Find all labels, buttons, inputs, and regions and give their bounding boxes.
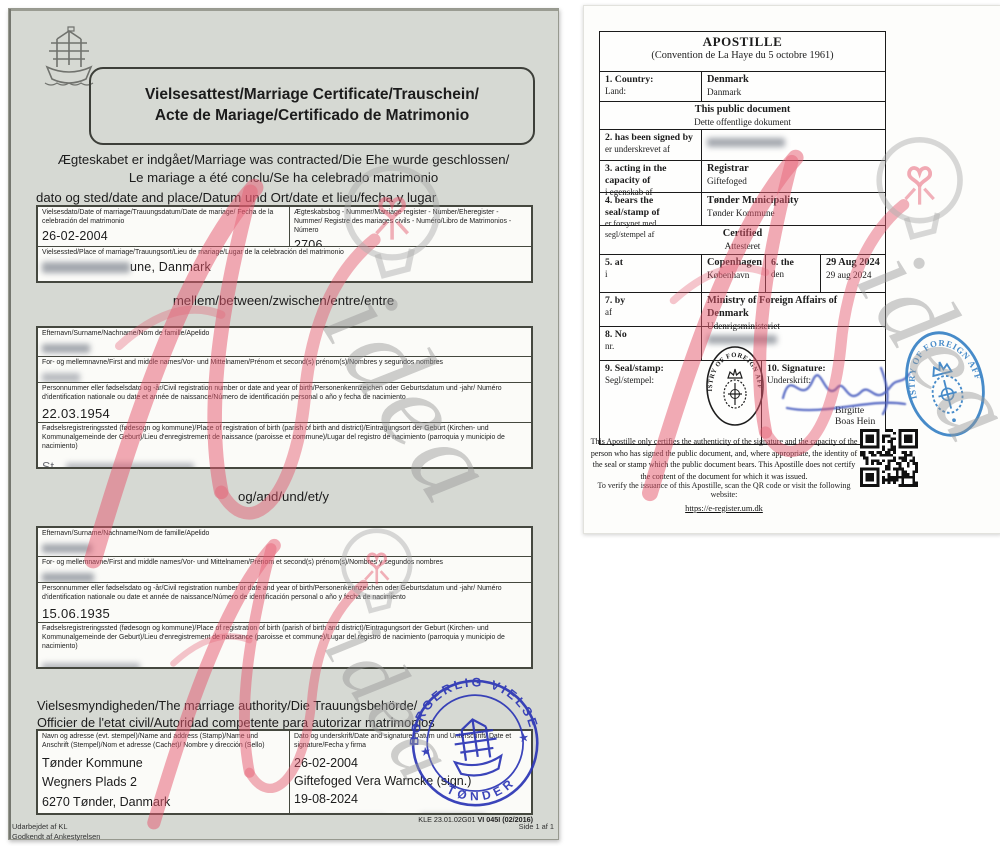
seal-ring-text: MINISTRY OF FOREIGN AFFAIRS [704,344,763,391]
royal-crest-icon [925,358,968,425]
authority-name-field: Navn og adresse (evt. stempel)/Name and … [38,731,290,813]
certificate-subtitle: Ægteskabet er indgået/Marriage was contr… [9,151,558,188]
redacted-value [42,663,140,667]
redacted-value [42,573,94,582]
person2-birthplace-value [42,660,527,667]
redacted-value [707,138,785,147]
qr-code [860,429,918,487]
person2-birthdate-value: 15.06.1935 [42,606,527,621]
marriage-certificate-page: Vielsesattest/Marriage Certificate/Traus… [8,8,559,840]
register-number-field: Ægteskabsbog - Nummer/Marriage register … [290,207,531,246]
verify-link[interactable]: https://e-register.um.dk [685,504,763,513]
page-number: Side 1 af 1 [519,822,554,832]
person2-table: Efternavn/Surname/Nachname/Nom de famill… [36,526,533,669]
at-value: Copenhagen København [702,255,766,292]
section-date-place-label: dato og sted/date and place/Datum und Or… [36,190,436,205]
certificate-title-line1: Vielsesattest/Marriage Certificate/Traus… [91,85,533,106]
marriage-date-value: 26-02-2004 [42,229,285,243]
footer-left: Udarbejdet af KL Godkendt af Ankestyrels… [12,822,100,843]
person1-birthplace-value: St. [42,460,527,467]
signed-by-value [702,130,885,160]
royal-crest-icon [724,369,746,408]
bears-seal-value: Tønder Municipality Tønder Kommune [702,193,885,225]
redacted-value [707,335,777,344]
apostille-subtitle: (Convention de La Haye du 5 octobre 1961… [600,50,885,61]
the-label: 6. the den [766,255,821,292]
at-label: 5. at i [600,255,702,292]
stamp-ship-icon [449,716,503,778]
authority-heading: Vielsesmyndigheden/The marriage authorit… [37,698,435,731]
redacted-value [66,463,194,467]
by-label: 7. by af [600,293,702,326]
capacity-value: Registrar Giftefoged [702,161,885,192]
verify-link-wrap: https://e-register.um.dk [588,504,860,513]
apostille-title: APOSTILLE [600,34,885,50]
redacted-value [42,373,80,382]
register-number-value: 2706 [294,238,527,247]
redacted-value [42,262,130,273]
certified-label: Certified Attesteret [600,226,885,254]
star-icon: ★ [419,744,432,759]
marriage-place-value: une, Danmark [42,260,527,274]
apostille-disclaimer: This Apostille only certifies the authen… [588,436,860,482]
the-value: 29 Aug 2024 29 aug 2024 [821,255,885,292]
certificate-title-box: Vielsesattest/Marriage Certificate/Traus… [89,67,535,145]
person1-birthdate-value: 22.03.1954 [42,406,527,421]
marriage-date-field: Vielsesdato/Date of marriage/Trauungsdat… [38,207,290,246]
redacted-value [42,544,92,553]
date-place-table: Vielsesdato/Date of marriage/Trauungsdat… [36,205,533,283]
capacity-label: 3. acting in the capacity of i egenskab … [600,161,702,192]
public-document-label: This public document Dette offentlige do… [600,102,885,129]
verify-instruction: To verify the issuance of this Apostille… [588,481,860,499]
svg-text:MINISTRY OF FOREIGN AFFAIRS: MINISTRY OF FOREIGN AFFAIRS [704,344,763,391]
signed-by-label: 2. has been signed by er underskrevet af [600,130,702,160]
scanned-documents: { "certificate": { "title_line1": "Viels… [0,0,1000,846]
star-icon: ★ [518,730,531,745]
bears-seal-label: 4. bears the seal/stamp of er forsynet m… [600,193,702,225]
mfa-oval-seal: MINISTRY OF FOREIGN AFFAIRS [704,344,766,428]
borgerlig-vielse-stamp: BORGERLIG VIELSE TØNDER ★ ★ [395,660,556,824]
apostille-page: APOSTILLE (Convention de La Haye du 5 oc… [583,5,1000,534]
country-label: 1. Country: Land: [600,72,702,101]
handwritten-signature [777,356,915,420]
between-label: mellem/between/zwischen/entre/entre [9,293,558,308]
number-label: 8. No nr. [600,327,702,360]
person1-table: Efternavn/Surname/Nachname/Nom de famill… [36,326,533,469]
certificate-title-line2: Acte de Mariage/Certificado de Matrimoni… [91,106,533,127]
by-value: Ministry of Foreign Affairs of Denmark U… [702,293,885,326]
and-label: og/and/und/et/y [9,489,558,504]
redacted-value [42,344,90,353]
country-value: Denmark Danmark [702,72,885,101]
